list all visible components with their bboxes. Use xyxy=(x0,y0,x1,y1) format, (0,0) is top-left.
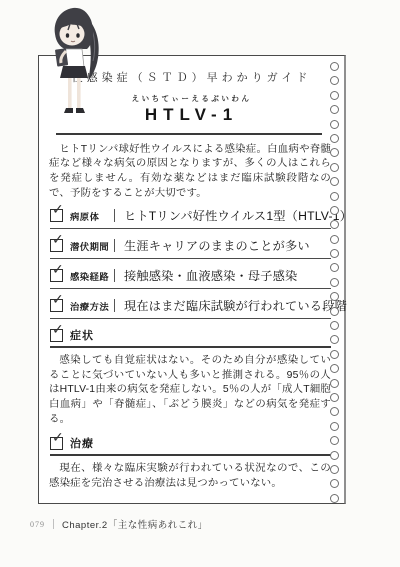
checkbox-icon: ✓ xyxy=(50,329,63,342)
binding-hole xyxy=(330,163,339,172)
page-footer: 079 Chapter.2「主な性病あれこれ」 xyxy=(30,517,208,531)
check-icon: ✓ xyxy=(52,292,64,306)
binding-hole xyxy=(330,91,339,100)
fact-value: 接触感染・血液感染・母子感染 xyxy=(124,267,297,284)
fact-label: 感染経路 xyxy=(70,269,114,283)
section-body: 感染しても自覚症状はない。そのため自分が感染していることに気づいていない人も多い… xyxy=(49,354,331,428)
binding-hole xyxy=(330,422,339,431)
character-illustration xyxy=(44,5,108,121)
page-number: 079 xyxy=(30,520,45,529)
check-icon: ✓ xyxy=(52,202,64,216)
binding-hole xyxy=(330,379,339,388)
binding-hole xyxy=(330,321,339,330)
section-heading: ✓ 症状 xyxy=(50,328,331,342)
fact-label: 潜伏期間 xyxy=(70,239,114,253)
section-body: 現在、様々な臨床実験が行われている状況なので、この感染症を完治させる治療法は見つ… xyxy=(49,462,331,491)
fact-label: 病原体 xyxy=(70,209,114,223)
fact-row-pathogen: ✓ 病原体 ヒトTリンパ好性ウイルス1型（HTLV-1） xyxy=(50,208,331,229)
section-divider xyxy=(50,454,331,456)
fact-row-incubation: ✓ 潜伏期間 生涯キャリアのままのことが多い xyxy=(50,238,331,259)
fact-separator xyxy=(114,299,115,312)
check-icon: ✓ xyxy=(52,262,64,276)
binding-hole xyxy=(330,350,339,359)
binding-hole xyxy=(330,220,339,229)
binding-hole xyxy=(330,192,339,201)
binding-hole xyxy=(330,249,339,258)
fact-separator xyxy=(114,239,115,252)
checkbox-icon: ✓ xyxy=(50,299,63,312)
binding-hole xyxy=(330,105,339,114)
fact-row-transmission: ✓ 感染経路 接触感染・血液感染・母子感染 xyxy=(50,268,331,289)
fact-label: 治療方法 xyxy=(70,299,114,313)
title-divider xyxy=(56,133,322,135)
binding-hole xyxy=(330,465,339,474)
binding-hole xyxy=(330,307,339,316)
fact-value: 生涯キャリアのままのことが多い xyxy=(124,237,310,254)
fact-value: ヒトTリンパ好性ウイルス1型（HTLV-1） xyxy=(124,207,352,224)
binding-hole xyxy=(330,62,339,71)
binding-hole xyxy=(330,148,339,157)
binding-hole xyxy=(330,393,339,402)
fact-value: 現在はまだ臨床試験が行われている段階 xyxy=(124,297,347,314)
section-label: 症状 xyxy=(70,327,94,343)
fact-separator xyxy=(114,269,115,282)
binding-hole xyxy=(330,235,339,244)
binding-hole xyxy=(330,134,339,143)
binding-hole xyxy=(330,407,339,416)
section-divider xyxy=(50,346,331,348)
binding-hole xyxy=(330,206,339,215)
fact-table: ✓ 病原体 ヒトTリンパ好性ウイルス1型（HTLV-1） ✓ 潜伏期間 生涯キャ… xyxy=(50,208,331,319)
binding-hole xyxy=(330,479,339,488)
intro-paragraph: ヒトTリンパ球好性ウイルスによる感染症。白血病や脊髄症など様々な病気の原因となり… xyxy=(49,143,331,202)
section-heading: ✓ 治療 xyxy=(50,436,331,450)
binding-hole xyxy=(330,364,339,373)
chapter-title: Chapter.2「主な性病あれこれ」 xyxy=(62,517,208,531)
binding-hole xyxy=(330,335,339,344)
binding-hole xyxy=(330,76,339,85)
footer-separator xyxy=(53,519,54,529)
section-treatment: ✓ 治療 現在、様々な臨床実験が行われている状況なので、この感染症を完治させる治… xyxy=(39,436,344,491)
binding-hole xyxy=(330,120,339,129)
section-label: 治療 xyxy=(70,435,94,451)
guide-card: 性感染症（ＳＴＤ）早わかりガイド えいちてぃーえるぶいわん HTLV-1 ヒトT… xyxy=(38,55,346,504)
binding-holes xyxy=(329,62,339,503)
check-icon: ✓ xyxy=(52,430,64,444)
checkbox-icon: ✓ xyxy=(50,239,63,252)
section-symptoms: ✓ 症状 感染しても自覚症状はない。そのため自分が感染していることに気づいていな… xyxy=(39,328,344,427)
checkbox-icon: ✓ xyxy=(50,437,63,450)
binding-hole xyxy=(330,177,339,186)
check-icon: ✓ xyxy=(52,232,64,246)
binding-hole xyxy=(330,451,339,460)
binding-hole xyxy=(330,263,339,272)
binding-hole xyxy=(330,436,339,445)
checkbox-icon: ✓ xyxy=(50,269,63,282)
fact-row-treatment-method: ✓ 治療方法 現在はまだ臨床試験が行われている段階 xyxy=(50,298,331,319)
checkbox-icon: ✓ xyxy=(50,209,63,222)
binding-hole xyxy=(330,494,339,503)
binding-hole xyxy=(330,292,339,301)
fact-separator xyxy=(114,209,115,222)
binding-hole xyxy=(330,278,339,287)
check-icon: ✓ xyxy=(52,322,64,336)
